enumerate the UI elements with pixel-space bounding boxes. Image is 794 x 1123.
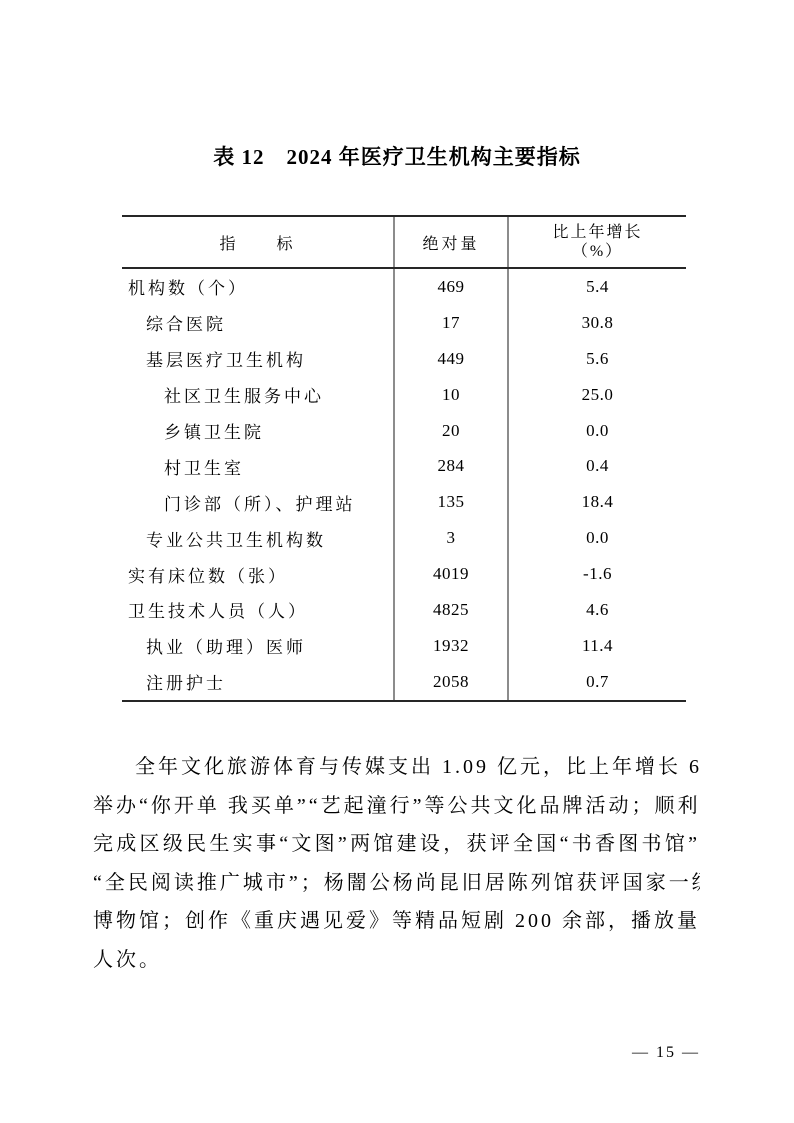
indicator-cell: 社区卫生服务中心 [122, 377, 395, 413]
absolute-value-cell: 135 [395, 484, 509, 520]
paragraph-line: 举办“你开单 我买单”“艺起潼行”等公共文化品牌活动；顺利 [93, 787, 700, 826]
indicator-cell: 卫生技术人员（人） [122, 592, 395, 628]
table-title: 表 12 2024 年医疗卫生机构主要指标 [0, 141, 794, 171]
table-header-row: 指 标 绝对量 比上年增长 （%） [122, 217, 686, 269]
growth-cell: 30.8 [509, 305, 686, 341]
table-row: 村卫生室2840.4 [122, 448, 686, 484]
indicator-cell: 执业（助理）医师 [122, 628, 395, 664]
table-row: 实有床位数（张）4019-1.6 [122, 556, 686, 592]
paragraph-line: 人次。 [93, 941, 700, 980]
header-growth-line2: （%） [572, 242, 623, 261]
growth-cell: 0.0 [509, 520, 686, 556]
page-number: — 15 — [632, 1044, 700, 1062]
table-row: 专业公共卫生机构数30.0 [122, 520, 686, 556]
absolute-value-cell: 449 [395, 341, 509, 377]
absolute-value-cell: 4825 [395, 592, 509, 628]
indicator-cell: 实有床位数（张） [122, 556, 395, 592]
table-body: 机构数（个）4695.4综合医院1730.8基层医疗卫生机构4495.6社区卫生… [122, 269, 686, 700]
table-row: 社区卫生服务中心1025.0 [122, 377, 686, 413]
indicator-cell: 村卫生室 [122, 448, 395, 484]
growth-cell: 11.4 [509, 628, 686, 664]
growth-cell: 0.4 [509, 448, 686, 484]
paragraph-line: “全民阅读推广城市”；杨闇公杨尚昆旧居陈列馆获评国家一级 [93, 864, 700, 903]
absolute-value-cell: 10 [395, 377, 509, 413]
absolute-value-cell: 284 [395, 448, 509, 484]
growth-cell: 5.4 [509, 269, 686, 305]
indicator-cell: 综合医院 [122, 305, 395, 341]
absolute-value-cell: 20 [395, 413, 509, 449]
table-row: 卫生技术人员（人）48254.6 [122, 592, 686, 628]
growth-cell: 0.7 [509, 664, 686, 700]
growth-cell: 25.0 [509, 377, 686, 413]
indicator-cell: 基层医疗卫生机构 [122, 341, 395, 377]
indicators-table: 指 标 绝对量 比上年增长 （%） 机构数（个）4695.4综合医院1730.8… [122, 215, 686, 702]
paragraph-line: 博物馆；创作《重庆遇见爱》等精品短剧 200 余部，播放量超 2 亿 [93, 902, 700, 941]
indicator-cell: 专业公共卫生机构数 [122, 520, 395, 556]
table-row: 基层医疗卫生机构4495.6 [122, 341, 686, 377]
body-paragraph: 全年文化旅游体育与传媒支出 1.09 亿元，比上年增长 6.9%。举办“你开单 … [93, 748, 700, 980]
indicator-cell: 注册护士 [122, 664, 395, 700]
growth-cell: 4.6 [509, 592, 686, 628]
indicator-cell: 机构数（个） [122, 269, 395, 305]
header-growth: 比上年增长 （%） [509, 217, 686, 267]
paragraph-line: 完成区级民生实事“文图”两馆建设，获评全国“书香图书馆” [93, 825, 700, 864]
table-row: 综合医院1730.8 [122, 305, 686, 341]
indicator-cell: 门诊部（所）、护理站 [122, 484, 395, 520]
absolute-value-cell: 3 [395, 520, 509, 556]
growth-cell: 18.4 [509, 484, 686, 520]
table-row: 乡镇卫生院200.0 [122, 413, 686, 449]
indicator-cell: 乡镇卫生院 [122, 413, 395, 449]
absolute-value-cell: 1932 [395, 628, 509, 664]
growth-cell: 5.6 [509, 341, 686, 377]
absolute-value-cell: 17 [395, 305, 509, 341]
growth-cell: -1.6 [509, 556, 686, 592]
table-row: 机构数（个）4695.4 [122, 269, 686, 305]
table-row: 注册护士20580.7 [122, 664, 686, 700]
growth-cell: 0.0 [509, 413, 686, 449]
header-indicator: 指 标 [122, 217, 395, 267]
table-row: 门诊部（所）、护理站13518.4 [122, 484, 686, 520]
table-row: 执业（助理）医师193211.4 [122, 628, 686, 664]
absolute-value-cell: 4019 [395, 556, 509, 592]
header-growth-line1: 比上年增长 [552, 223, 642, 242]
paragraph-line: 全年文化旅游体育与传媒支出 1.09 亿元，比上年增长 6.9%。 [93, 748, 700, 787]
header-absolute-value: 绝对量 [395, 217, 509, 267]
absolute-value-cell: 2058 [395, 664, 509, 700]
absolute-value-cell: 469 [395, 269, 509, 305]
document-page: 表 12 2024 年医疗卫生机构主要指标 指 标 绝对量 比上年增长 （%） … [0, 0, 794, 1123]
